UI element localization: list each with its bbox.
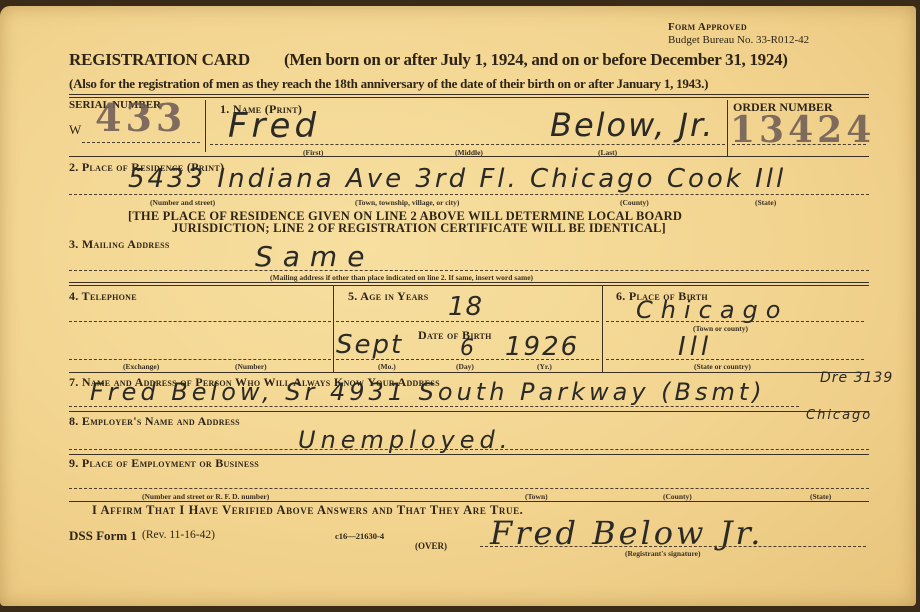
residence-county-caption: (County) xyxy=(620,198,649,207)
budget-bureau-number: Budget Bureau No. 33-R012-42 xyxy=(668,34,809,46)
row-divider xyxy=(69,411,869,412)
dob-month-caption: (Mo.) xyxy=(378,362,396,371)
employment-town-caption: (Town) xyxy=(525,492,548,501)
signature-line xyxy=(480,546,866,547)
residence-number-caption: (Number and street) xyxy=(150,198,215,207)
date-of-birth-label: Date of Birth xyxy=(418,328,492,343)
birthplace-town-value: Chicago xyxy=(636,296,788,324)
registration-card: Form Approved Budget Bureau No. 33-R012-… xyxy=(0,6,916,606)
residence-value: 5433 Indiana Ave 3rd Fl. Chicago Cook Il… xyxy=(128,164,786,194)
residence-notice-line2: JURISDICTION; LINE 2 OF REGISTRATION CER… xyxy=(172,221,666,236)
employment-county-caption: (County) xyxy=(663,492,692,501)
dob-year-value: 1926 xyxy=(505,332,579,362)
name-line xyxy=(210,144,725,145)
employment-state-caption: (State) xyxy=(810,492,831,501)
row-divider xyxy=(69,372,869,373)
row-divider xyxy=(69,282,869,286)
contact-line xyxy=(69,406,799,407)
residence-state-caption: (State) xyxy=(755,198,776,207)
form-name: DSS Form 1 xyxy=(69,528,137,544)
birthplace-town-line xyxy=(606,321,864,322)
mailing-address-value: Same xyxy=(255,240,374,273)
row-divider xyxy=(69,454,869,455)
over-note: (OVER) xyxy=(415,541,447,551)
serial-prefix: W xyxy=(69,122,81,138)
order-line xyxy=(732,144,866,145)
affirmation-statement: I Affirm That I Have Verified Above Answ… xyxy=(92,503,523,518)
dob-line xyxy=(336,359,599,360)
form-approved-label: Form Approved xyxy=(668,22,747,33)
dob-day-caption: (Day) xyxy=(456,362,474,371)
dob-month-value: Sept xyxy=(336,330,403,360)
telephone-label: 4. Telephone xyxy=(69,289,137,304)
employment-place-label: 9. Place of Employment or Business xyxy=(69,456,259,471)
mailing-caption: (Mailing address if other than place ind… xyxy=(270,273,533,282)
form-revision: (Rev. 11-16-42) xyxy=(142,529,215,541)
form-title-eligibility: (Men born on or after July 1, 1924, and … xyxy=(284,50,788,70)
form-subtitle: (Also for the registration of men as the… xyxy=(69,76,708,92)
divider xyxy=(602,286,603,372)
residence-line xyxy=(69,194,869,195)
print-code: c16—21630-4 xyxy=(335,531,384,541)
first-name-value: Fred xyxy=(228,106,320,146)
header-divider xyxy=(69,94,869,98)
last-name-value: Below, Jr. xyxy=(550,106,714,144)
dob-year-caption: (Yr.) xyxy=(537,362,552,371)
age-label: 5. Age in Years xyxy=(348,289,429,304)
birthplace-state-line xyxy=(606,359,864,360)
form-title: REGISTRATION CARD xyxy=(69,50,250,70)
employer-label: 8. Employer's Name and Address xyxy=(69,414,240,429)
divider xyxy=(727,100,728,156)
contact-person-value: Fred Below, Sr 4931 South Parkway (Bsmt) xyxy=(90,378,766,406)
birthplace-state-value: Ill xyxy=(678,332,712,362)
birthplace-state-caption: (State or country) xyxy=(694,362,751,371)
serial-number-value: 433 xyxy=(95,98,186,138)
serial-line xyxy=(82,142,200,143)
signature-caption: (Registrant's signature) xyxy=(625,549,700,558)
phone-number-caption: (Number) xyxy=(235,362,267,371)
divider xyxy=(333,286,334,372)
row-divider xyxy=(69,156,869,157)
contact-phone-note: Dre 3139 xyxy=(820,370,893,386)
telephone-line-2 xyxy=(69,359,331,360)
exchange-caption: (Exchange) xyxy=(123,362,159,371)
employment-number-caption: (Number and street or R. F. D. number) xyxy=(142,492,269,501)
mailing-address-label: 3. Mailing Address xyxy=(69,237,170,252)
employer-line xyxy=(69,449,869,450)
age-line xyxy=(336,321,599,322)
divider xyxy=(205,100,206,152)
age-value: 18 xyxy=(448,292,483,322)
mailing-line xyxy=(69,270,869,271)
telephone-line-1 xyxy=(69,321,331,322)
dob-day-value: 6 xyxy=(460,336,478,361)
row-divider xyxy=(69,501,869,502)
employment-place-line xyxy=(69,488,869,489)
residence-town-caption: (Town, township, village, or city) xyxy=(355,198,459,207)
